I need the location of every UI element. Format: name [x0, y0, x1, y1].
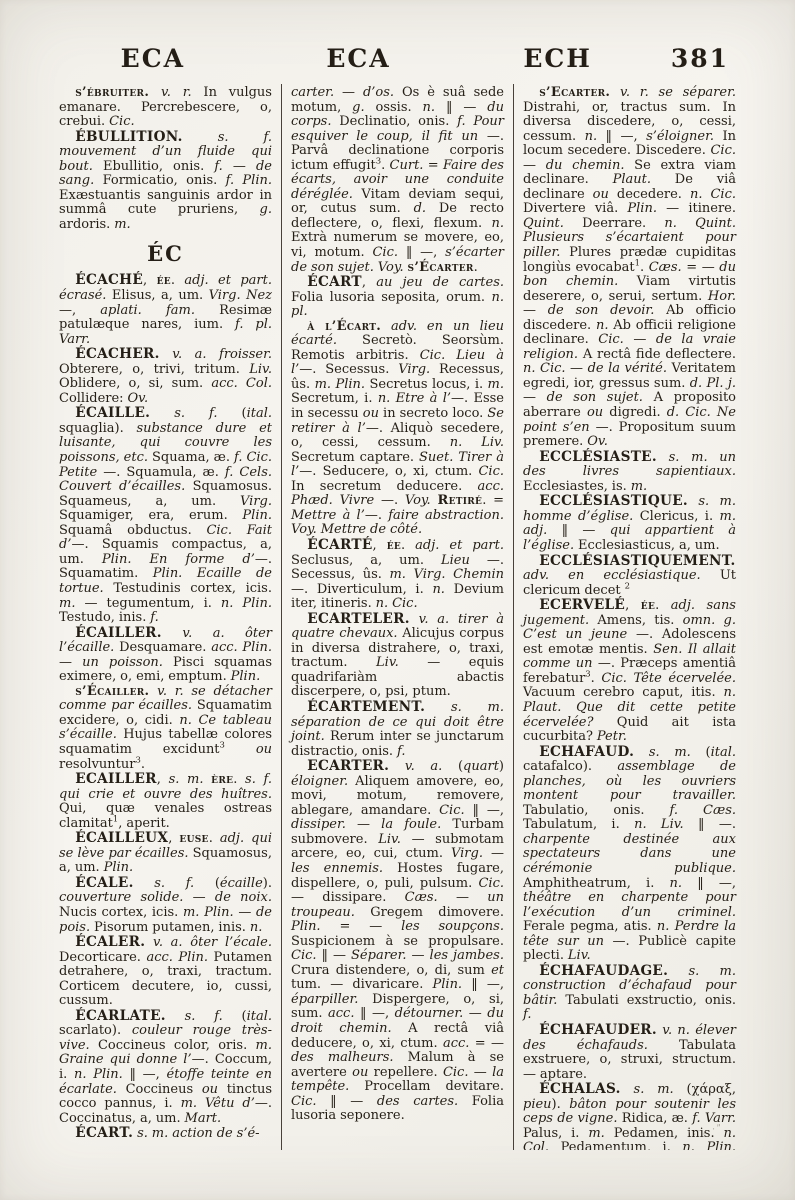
- dictionary-entry: ECCLÉSIASTIQUE. s. m. homme d’église. Cl…: [523, 494, 736, 553]
- dictionary-entry: s’Ecarter. v. r. se séparer. Distrahi, o…: [523, 86, 736, 450]
- dictionary-entry: à l’Écart. adv. en un lieu écarté. Secre…: [291, 320, 504, 538]
- dictionary-entry: ÉBULLITION. s. f. mouvement d’un fluide …: [59, 130, 272, 233]
- dictionary-entry: ÉCARTEMENT. s. m. séparation de ce qui d…: [291, 700, 504, 759]
- column-3: s’Ecarter. v. r. se séparer. Distrahi, o…: [513, 84, 745, 1150]
- dictionary-entry: ECARTER. v. a. (quart) éloigner. Aliquem…: [291, 759, 504, 1124]
- dictionary-entry: ECAILLER, s. m. ère. s. f. qui crie et o…: [59, 772, 272, 831]
- dictionary-entry: ÉCAILLE. s. f. (ital. squaglia). substan…: [59, 406, 272, 625]
- dictionary-entry: ÉCACHÉ, ée. adj. et part. écrasé. Elisus…: [59, 273, 272, 347]
- dictionary-entry: ÉCART, au jeu de cartes. Folia lusoria s…: [291, 275, 504, 320]
- scanned-dictionary-page: ECA ECA ECH 381 s’ébruiter. v. r. In vul…: [0, 0, 795, 1200]
- dictionary-entry: s’Écailler. v. r. se détacher comme par …: [59, 685, 272, 772]
- dictionary-entry: ÉCHAFAUDAGE. s. m. construction d’échafa…: [523, 964, 736, 1023]
- running-head-left: ECA: [50, 44, 256, 73]
- column-1: s’ébruiter. v. r. In vulgus emanare. Per…: [50, 84, 281, 1150]
- dictionary-entry: ÉCHAFAUDER. v. n. élever des échafauds. …: [523, 1023, 736, 1082]
- dictionary-entry: ÉCACHER. v. a. froisser. Obterere, o, tr…: [59, 347, 272, 406]
- page-number: 381: [671, 44, 729, 73]
- dictionary-entry: ÉCAILLEUX, euse. adj. qui se lève par éc…: [59, 831, 272, 876]
- dictionary-entry: ECARTELER. v. a. tirer à quatre chevaux.…: [291, 612, 504, 700]
- section-heading: ÉC: [59, 241, 272, 266]
- text-block: s’ébruiter. v. r. In vulgus emanare. Per…: [50, 84, 745, 1150]
- dictionary-entry: ECCLÉSIASTIQUEMENT. adv. en ecclésiastiq…: [523, 554, 736, 599]
- dictionary-entry: ÉCART. s. m. action de s’é-: [59, 1126, 272, 1142]
- running-head-right: ECH: [523, 44, 592, 73]
- dictionary-entry: ÉCAILLER. v. a. ôter l’écaille. Desquama…: [59, 626, 272, 685]
- dictionary-entry: ÉCARLATE. s. f. (ital. scarlato). couleu…: [59, 1009, 272, 1126]
- dictionary-entry: ÉCHALAS. s. m. (χάραξ, pieu). bâton pour…: [523, 1082, 736, 1150]
- running-head: ECA ECA ECH 381: [50, 44, 745, 73]
- dictionary-entry: ÉCARTÉ, ée. adj. et part. Seclusus, a, u…: [291, 538, 504, 612]
- column-2: carter. — d’os. Os è suâ sede motum, g. …: [281, 84, 513, 1150]
- dictionary-entry: ÉCALE. s. f. (écaille). couverture solid…: [59, 876, 272, 935]
- dictionary-entry: ECCLÉSIASTE. s. m. un des livres sapient…: [523, 450, 736, 495]
- dictionary-entry: s’ébruiter. v. r. In vulgus emanare. Per…: [59, 86, 272, 130]
- running-head-center: ECA: [256, 44, 462, 73]
- dictionary-entry: ECHAFAUD. s. m. (ital. catafalco). assem…: [523, 745, 736, 964]
- dictionary-entry: ECERVELÉ, ée. adj. sans jugement. Amens,…: [523, 598, 736, 744]
- dictionary-entry: ÉCALER. v. a. ôter l’écale. Decorticare.…: [59, 935, 272, 1009]
- dictionary-entry: carter. — d’os. Os è suâ sede motum, g. …: [291, 86, 504, 275]
- running-head-right-group: ECH 381: [461, 44, 745, 73]
